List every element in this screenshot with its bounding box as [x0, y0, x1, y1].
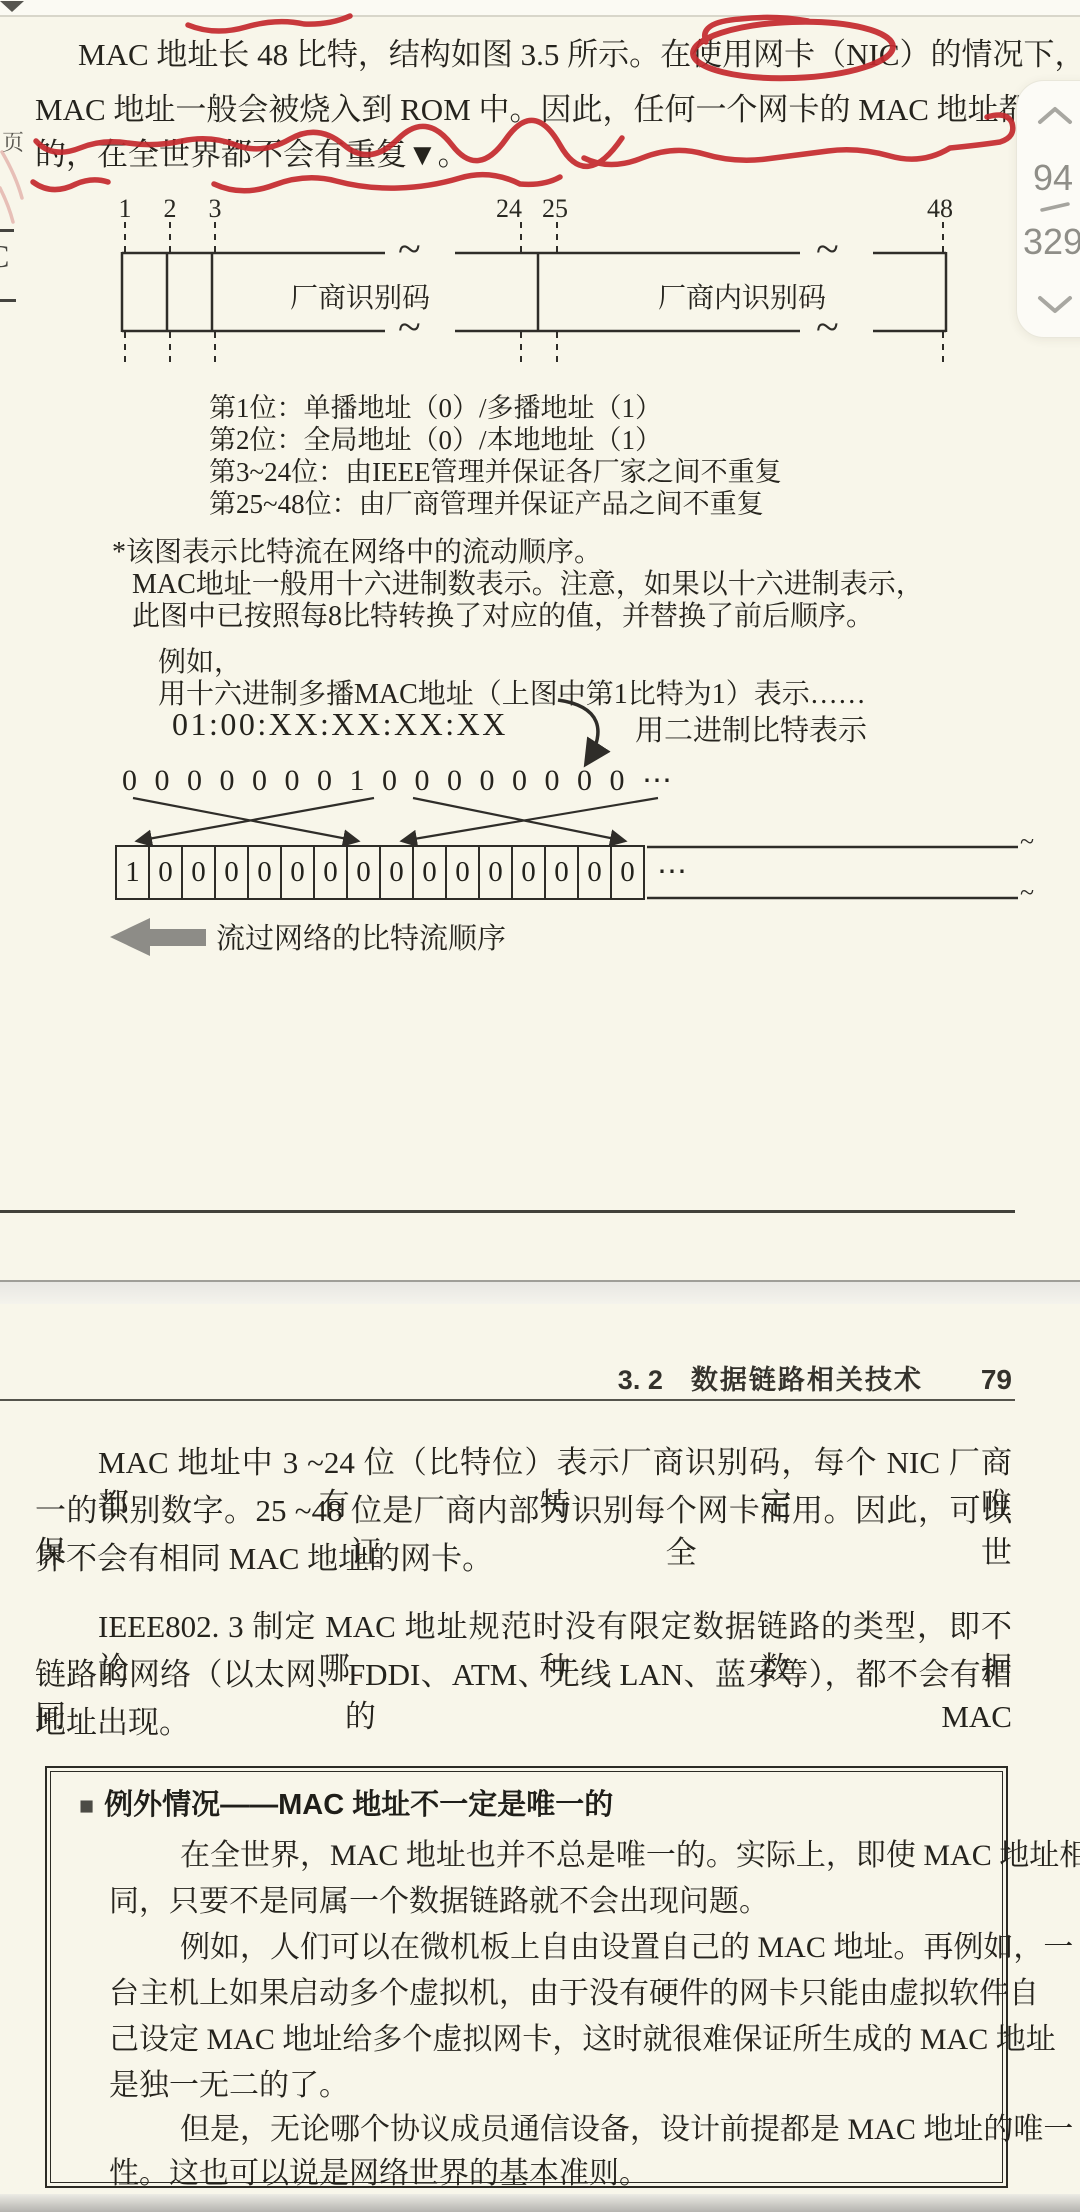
- stream-bit: 0: [216, 847, 249, 898]
- stream-bit: 0: [150, 847, 183, 898]
- stream-bit: 0: [249, 847, 282, 898]
- bit-label-24: 24: [489, 194, 529, 224]
- bit-label-3: 3: [203, 194, 227, 224]
- bit-label-48: 48: [920, 194, 960, 224]
- bit-stream-boxes: 1 0 0 0 0 0 0 0 0 0 0 0 0 0 0 0: [115, 845, 645, 900]
- bit-note: 第25~48位：由厂商管理并保证产品之间不重复: [209, 482, 764, 521]
- header-rule: [0, 1399, 1015, 1401]
- callout-line: 台主机上如果启动多个虚拟机，由于没有硬件的网卡只能由虚拟软件自: [109, 1968, 1032, 2012]
- top-edge-strip: [0, 0, 1080, 16]
- break-tilde: ~: [816, 240, 839, 260]
- paragraph-line: 的，在全世界都不会有重复▼。: [35, 134, 469, 176]
- stream-bit: 0: [348, 847, 381, 898]
- callout-line: 己设定 MAC 地址给多个虚拟网卡，这时就很难保证所生成的 MAC 地址: [109, 2014, 1032, 2058]
- chevron-down-icon[interactable]: [1035, 293, 1075, 317]
- left-margin-fragment: C: [0, 238, 9, 275]
- callout-line: 但是，无论哪个协议成员通信设备，设计前提都是 MAC 地址的唯一: [180, 2104, 1032, 2148]
- bit-label-25: 25: [535, 194, 575, 224]
- binary-representation-caption: 用二进制比特表示: [635, 708, 867, 749]
- flow-left-arrow-icon: [110, 918, 206, 956]
- square-bullet-icon: ■: [79, 1792, 94, 1820]
- total-page-number: 329: [1019, 221, 1080, 263]
- page-separator-dash: [1039, 201, 1071, 213]
- stream-bit: 0: [447, 847, 480, 898]
- hex-mac-address: 01:00:XX:XX:XX:XX: [172, 706, 508, 743]
- header-section-title: 数据链路相关技术: [691, 1358, 923, 1397]
- paragraph-line: MAC 地址一般会被烧入到 ROM 中。因此，任何一个网卡的 MAC 地址都是唯…: [35, 89, 1012, 131]
- stream-bit: 0: [480, 847, 513, 898]
- stream-bit: 0: [381, 847, 414, 898]
- exception-callout-box: ■例外情况——MAC 地址不一定是唯一的 在全世界，MAC 地址也并不总是唯一的…: [45, 1766, 1008, 2188]
- page-gap-band: [0, 1282, 1080, 1304]
- bottom-edge-strip: [0, 2194, 1080, 2212]
- binary-bit-string: 0 0 0 0 0 0 0 1 0 0 0 0 0 0 0 0 ⋯: [122, 763, 677, 798]
- break-tilde: ~: [398, 240, 421, 260]
- current-page-number: 94: [1019, 157, 1080, 199]
- red-faint-margin-scratch: [0, 188, 13, 222]
- callout-line: 同，只要不是同属一个数据链路就不会出现问题。: [109, 1876, 769, 1920]
- top-edge-line: [0, 15, 1080, 17]
- page-navigation-pill: 94 329: [1016, 80, 1080, 338]
- paragraph-line: 地址出现。: [35, 1702, 190, 1744]
- stream-bit: 0: [282, 847, 315, 898]
- header-section-number: 3. 2: [618, 1365, 663, 1396]
- left-margin-dash: [0, 299, 16, 302]
- page-bottom-rule: [0, 1210, 1015, 1213]
- red-wave-top-strip: [188, 16, 350, 31]
- stream-ellipsis: ⋯: [657, 854, 687, 889]
- flow-direction-caption: 流过网络的比特流顺序: [216, 916, 506, 957]
- paragraph-line: MAC 地址长 48 比特，结构如图 3.5 所示。在使用网卡（NIC）的情况下…: [78, 34, 1012, 76]
- stream-end-tilde: ~: [1020, 878, 1034, 908]
- left-margin-dash: [0, 229, 14, 232]
- figure-footnote: 此图中已按照每8比特转换了对应的值，并替换了前后顺序。: [132, 594, 874, 634]
- stream-bit: 0: [546, 847, 579, 898]
- running-header: 3. 2 数据链路相关技术 79: [600, 1358, 1012, 1397]
- bit-label-2: 2: [158, 194, 182, 224]
- chevron-up-icon[interactable]: [1035, 103, 1075, 127]
- stream-bit: 0: [513, 847, 546, 898]
- stream-bit: 1: [117, 847, 150, 898]
- stream-end-tilde: ~: [1020, 827, 1034, 857]
- stream-bit: 0: [183, 847, 216, 898]
- ebook-reader-page[interactable]: MAC 地址长 48 比特，结构如图 3.5 所示。在使用网卡（NIC）的情况下…: [0, 0, 1080, 2212]
- callout-title: ■例外情况——MAC 地址不一定是唯一的: [79, 1782, 613, 1823]
- callout-line: 在全世界，MAC 地址也并不总是唯一的。实际上，即使 MAC 地址相: [180, 1830, 1032, 1874]
- paragraph-line: 界不会有相同 MAC 地址的网卡。: [35, 1538, 493, 1580]
- callout-line: 是独一无二的了。: [109, 2060, 349, 2104]
- break-tilde: ~: [816, 318, 839, 338]
- stream-bit: 0: [414, 847, 447, 898]
- red-faint-margin-scratch: [2, 152, 22, 198]
- stream-bit: 0: [612, 847, 643, 898]
- red-wave-under-de: [33, 180, 108, 190]
- break-tilde: ~: [398, 318, 421, 338]
- header-page-number: 79: [981, 1364, 1012, 1396]
- stream-bit: 0: [579, 847, 612, 898]
- callout-line: 例如，人们可以在微机板上自由设置自己的 MAC 地址。再例如，一: [180, 1922, 1032, 1966]
- bit-label-1: 1: [113, 194, 137, 224]
- callout-title-text: 例外情况——MAC 地址不一定是唯一的: [104, 1789, 613, 1821]
- left-margin-label: 页: [2, 126, 24, 157]
- stream-bit: 0: [315, 847, 348, 898]
- vendor-id-field-label: 厂商识别码: [250, 276, 470, 316]
- red-wave-under-norepeat: [214, 175, 560, 191]
- callout-line: 性。这也可以说是网络世界的基本准则。: [109, 2148, 649, 2192]
